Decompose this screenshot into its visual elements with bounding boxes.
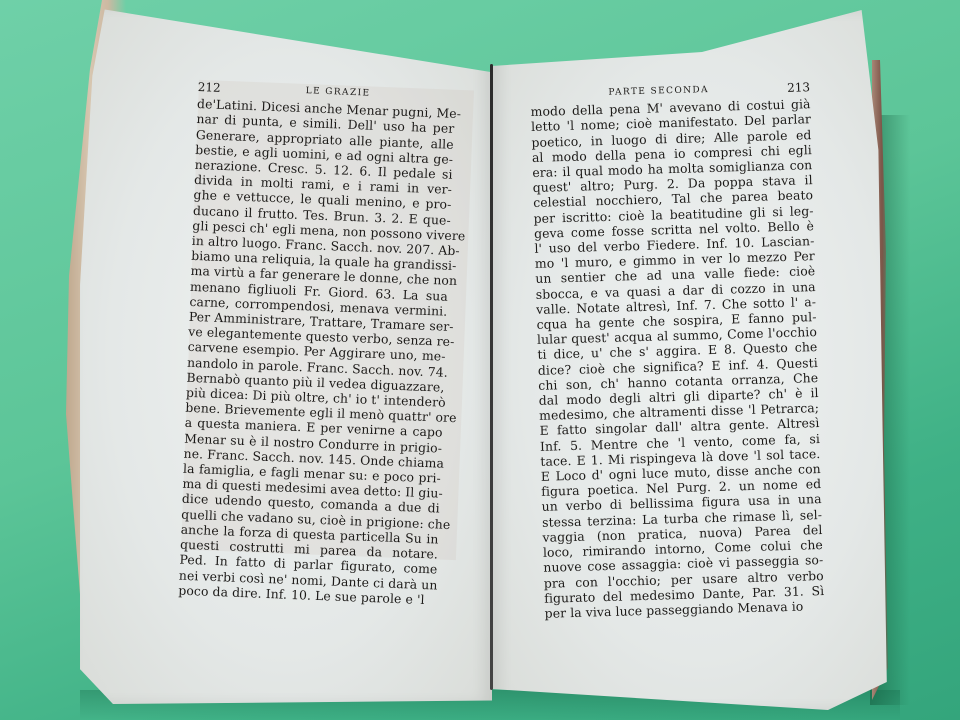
left-page-body: de'Latini. Dicesi anche Menar pugni, Me-…: [178, 96, 455, 607]
right-page-body: modo della pena M' avevano di costui già…: [530, 96, 824, 621]
right-page-text: PARTE SECONDA 213 modo della pena M' ave…: [530, 80, 825, 621]
book-gutter: [490, 64, 493, 690]
left-page-text: 212 LE GRAZIE de'Latini. Dicesi anche Me…: [178, 80, 456, 607]
running-head: LE GRAZIE: [305, 84, 370, 102]
page-number: 213: [787, 80, 810, 96]
running-head: PARTE SECONDA: [608, 83, 709, 101]
page-number: 212: [197, 80, 220, 96]
